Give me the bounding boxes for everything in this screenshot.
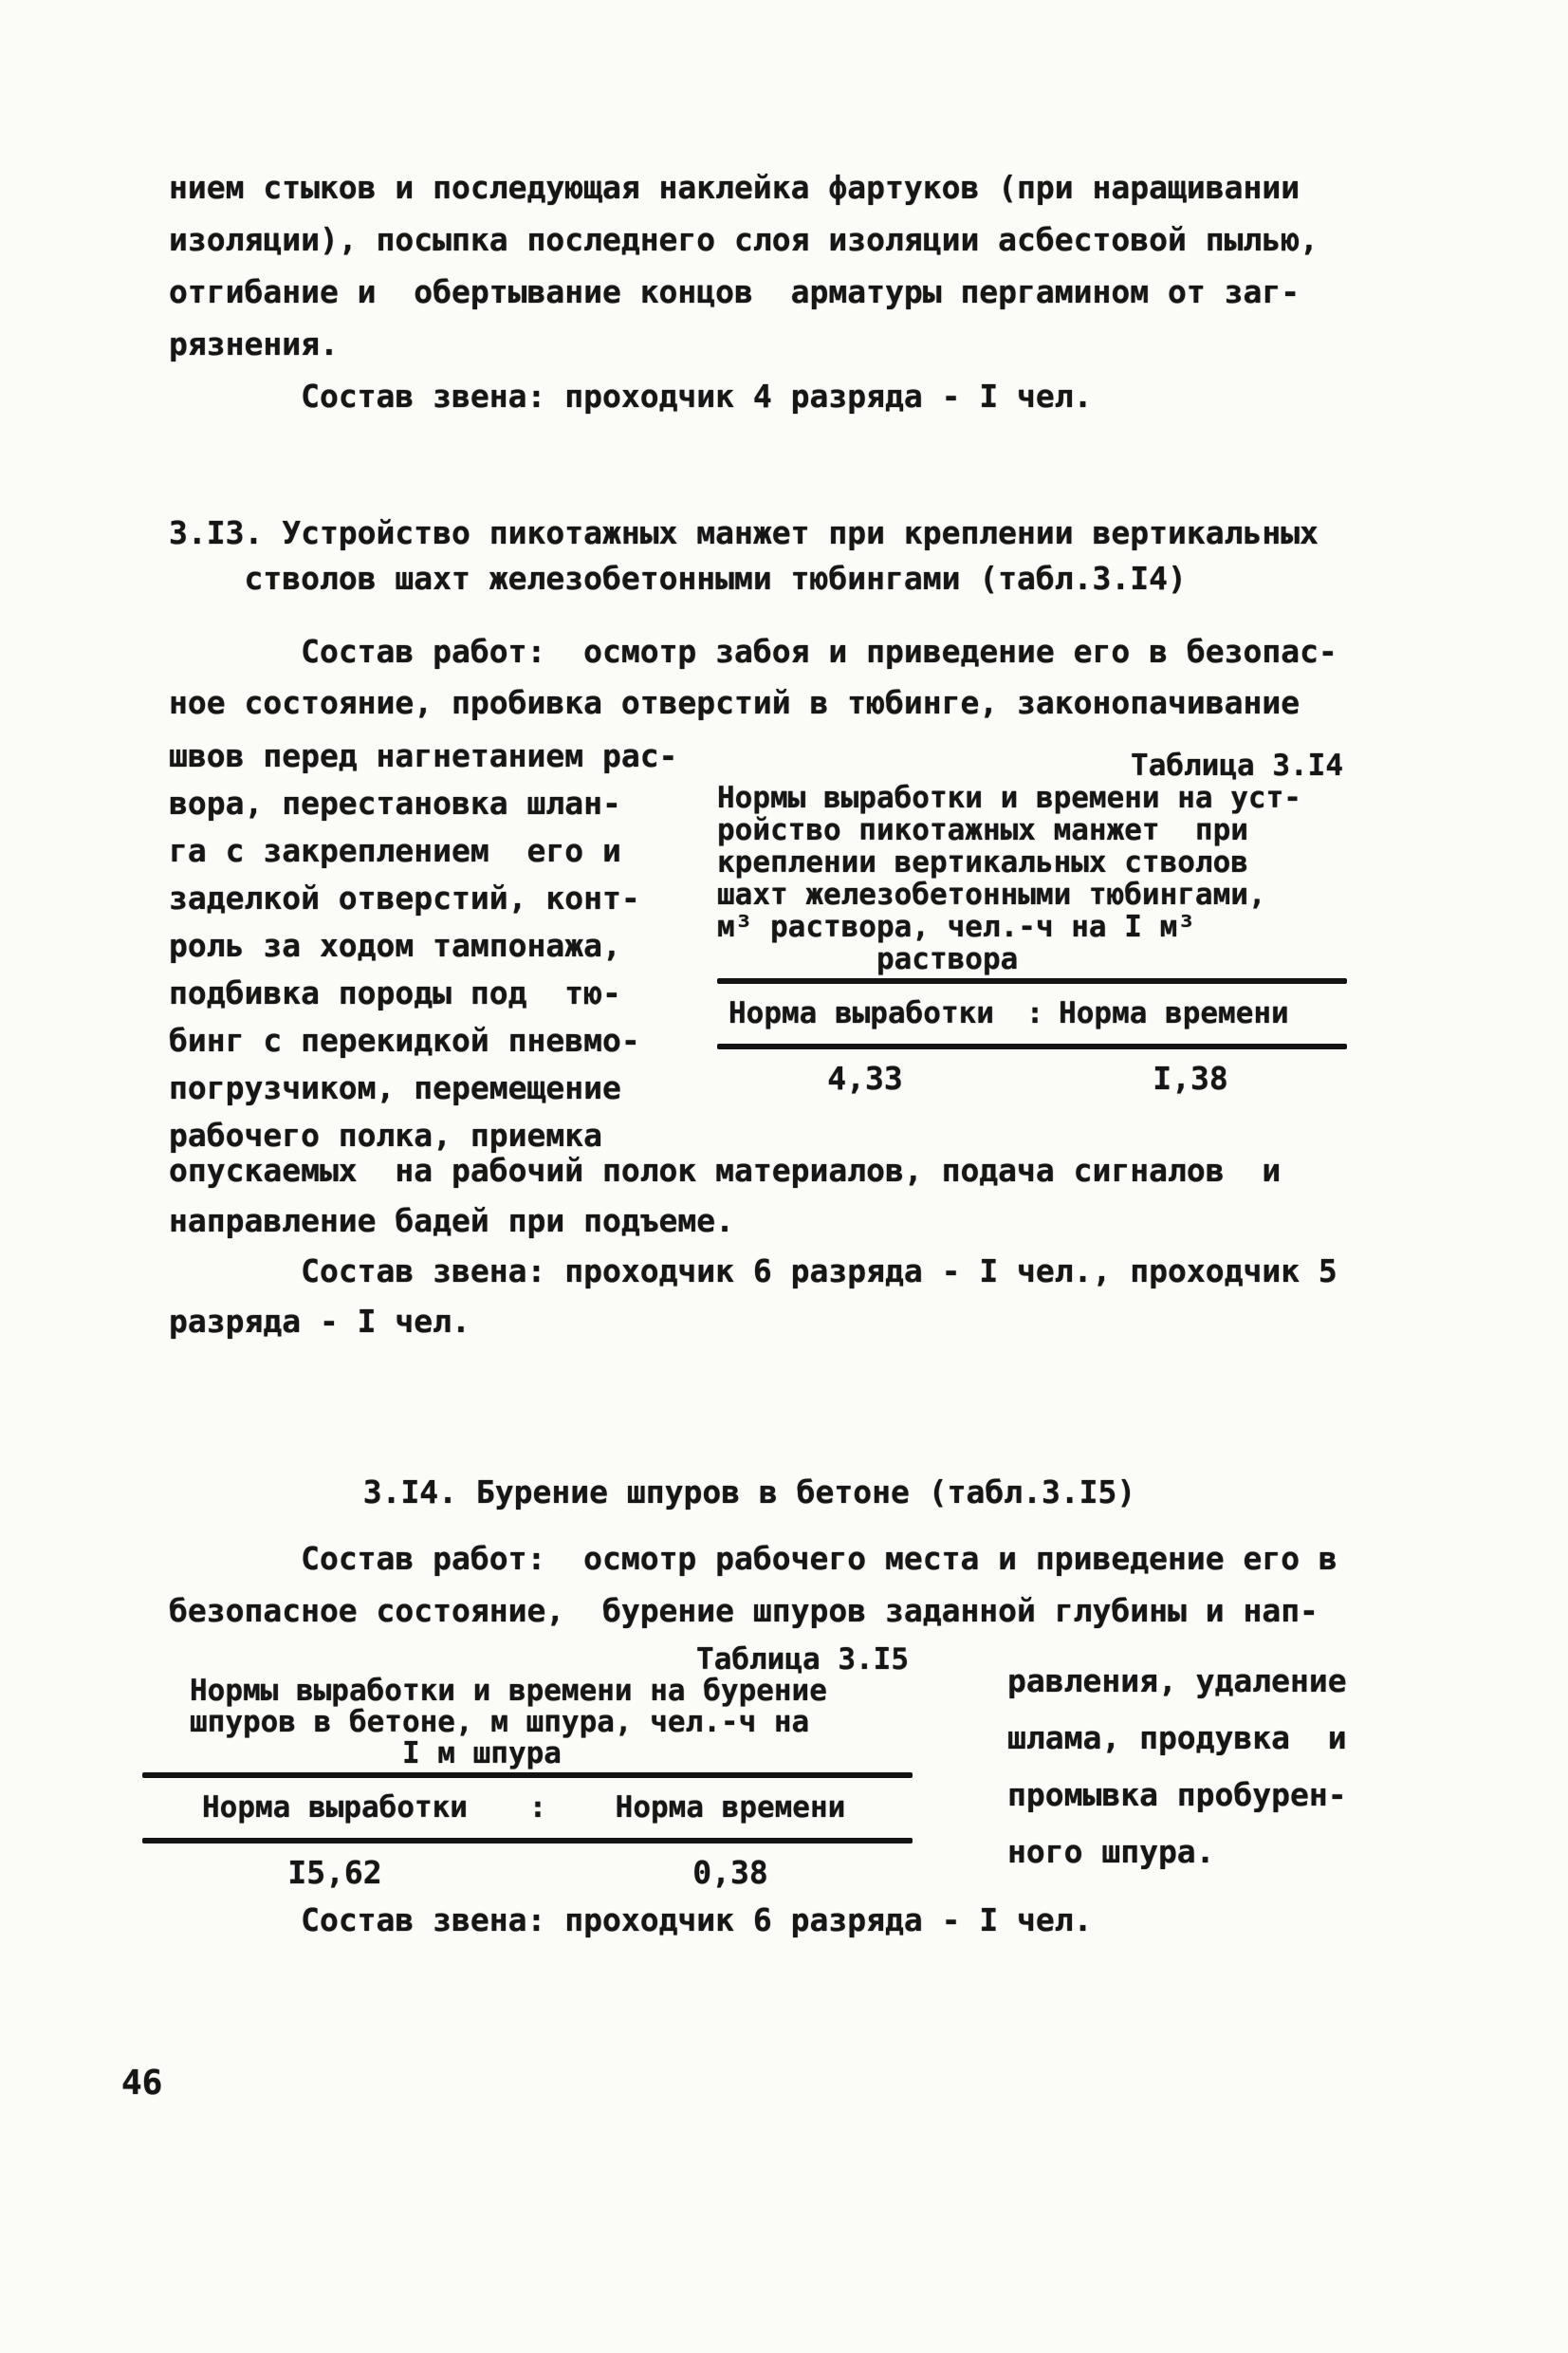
table-3-15-col-header-output: Норма выработки [142,1790,527,1825]
table-3-15-caption: Нормы выработки и времени на бурение шпу… [142,1676,913,1769]
table-3-15-column-separator: : [527,1790,548,1825]
table-3-14-header-row: Норма выработки : Норма времени [717,984,1347,1041]
table-3-15-output-value: I5,62 [142,1854,527,1891]
section-3-13-continuation-and-crew: опускаемых на рабочий полок материалов, … [169,1145,1337,1346]
table-3-14-output-value: 4,33 [717,1060,1013,1097]
section-3-13-heading: 3.I3. Устройство пикотажных манжет при к… [169,510,1319,602]
table-3-14-label: Таблица 3.I4 [717,750,1347,782]
table-3-14-col-header-time: Норма времени [1045,996,1347,1030]
table-3-14-caption: Нормы выработки и времени на уст- ройств… [717,782,1347,975]
table-3-14-time-value: I,38 [1034,1060,1347,1097]
section-3-14-heading: 3.I4. Бурение шпуров в бетоне (табл.3.I5… [142,1466,1356,1518]
section-3-14-work-composition: Состав работ: осмотр рабочего места и пр… [169,1532,1337,1637]
table-3-15-values-row: I5,62 0,38 [142,1843,913,1897]
table-3-14-values-row: 4,33 I,38 [717,1049,1347,1102]
section-3-13-left-column-text: швов перед нагнетанием рас- вора, перест… [169,732,677,1159]
section-3-14-right-column-text: равления, удаление шлама, продувка и про… [1007,1653,1347,1881]
table-3-15: Таблица 3.I5 Нормы выработки и времени н… [142,1643,913,1897]
table-3-15-values-spacer [527,1854,548,1891]
table-3-14: Таблица 3.I4 Нормы выработки и времени н… [717,750,1347,1102]
table-3-14-col-header-output: Норма выработки [717,996,1024,1030]
table-3-15-header-row: Норма выработки : Норма времени [142,1778,913,1835]
document-page: нием стыков и последующая наклейка фарту… [0,0,1568,2353]
page-number: 46 [121,2065,162,2103]
table-3-14-column-separator: : [1024,996,1045,1030]
table-3-15-col-header-time: Норма времени [548,1790,913,1825]
section-3-13-work-composition: Состав работ: осмотр забоя и приведение … [169,626,1337,729]
table-3-15-label: Таблица 3.I5 [142,1643,913,1676]
table-3-15-time-value: 0,38 [548,1854,913,1891]
table-3-14-values-spacer [1013,1060,1034,1097]
continued-paragraph: нием стыков и последующая наклейка фарту… [169,161,1319,422]
section-3-14-crew: Состав звена: проходчик 6 разряда - I че… [169,1894,1093,1946]
